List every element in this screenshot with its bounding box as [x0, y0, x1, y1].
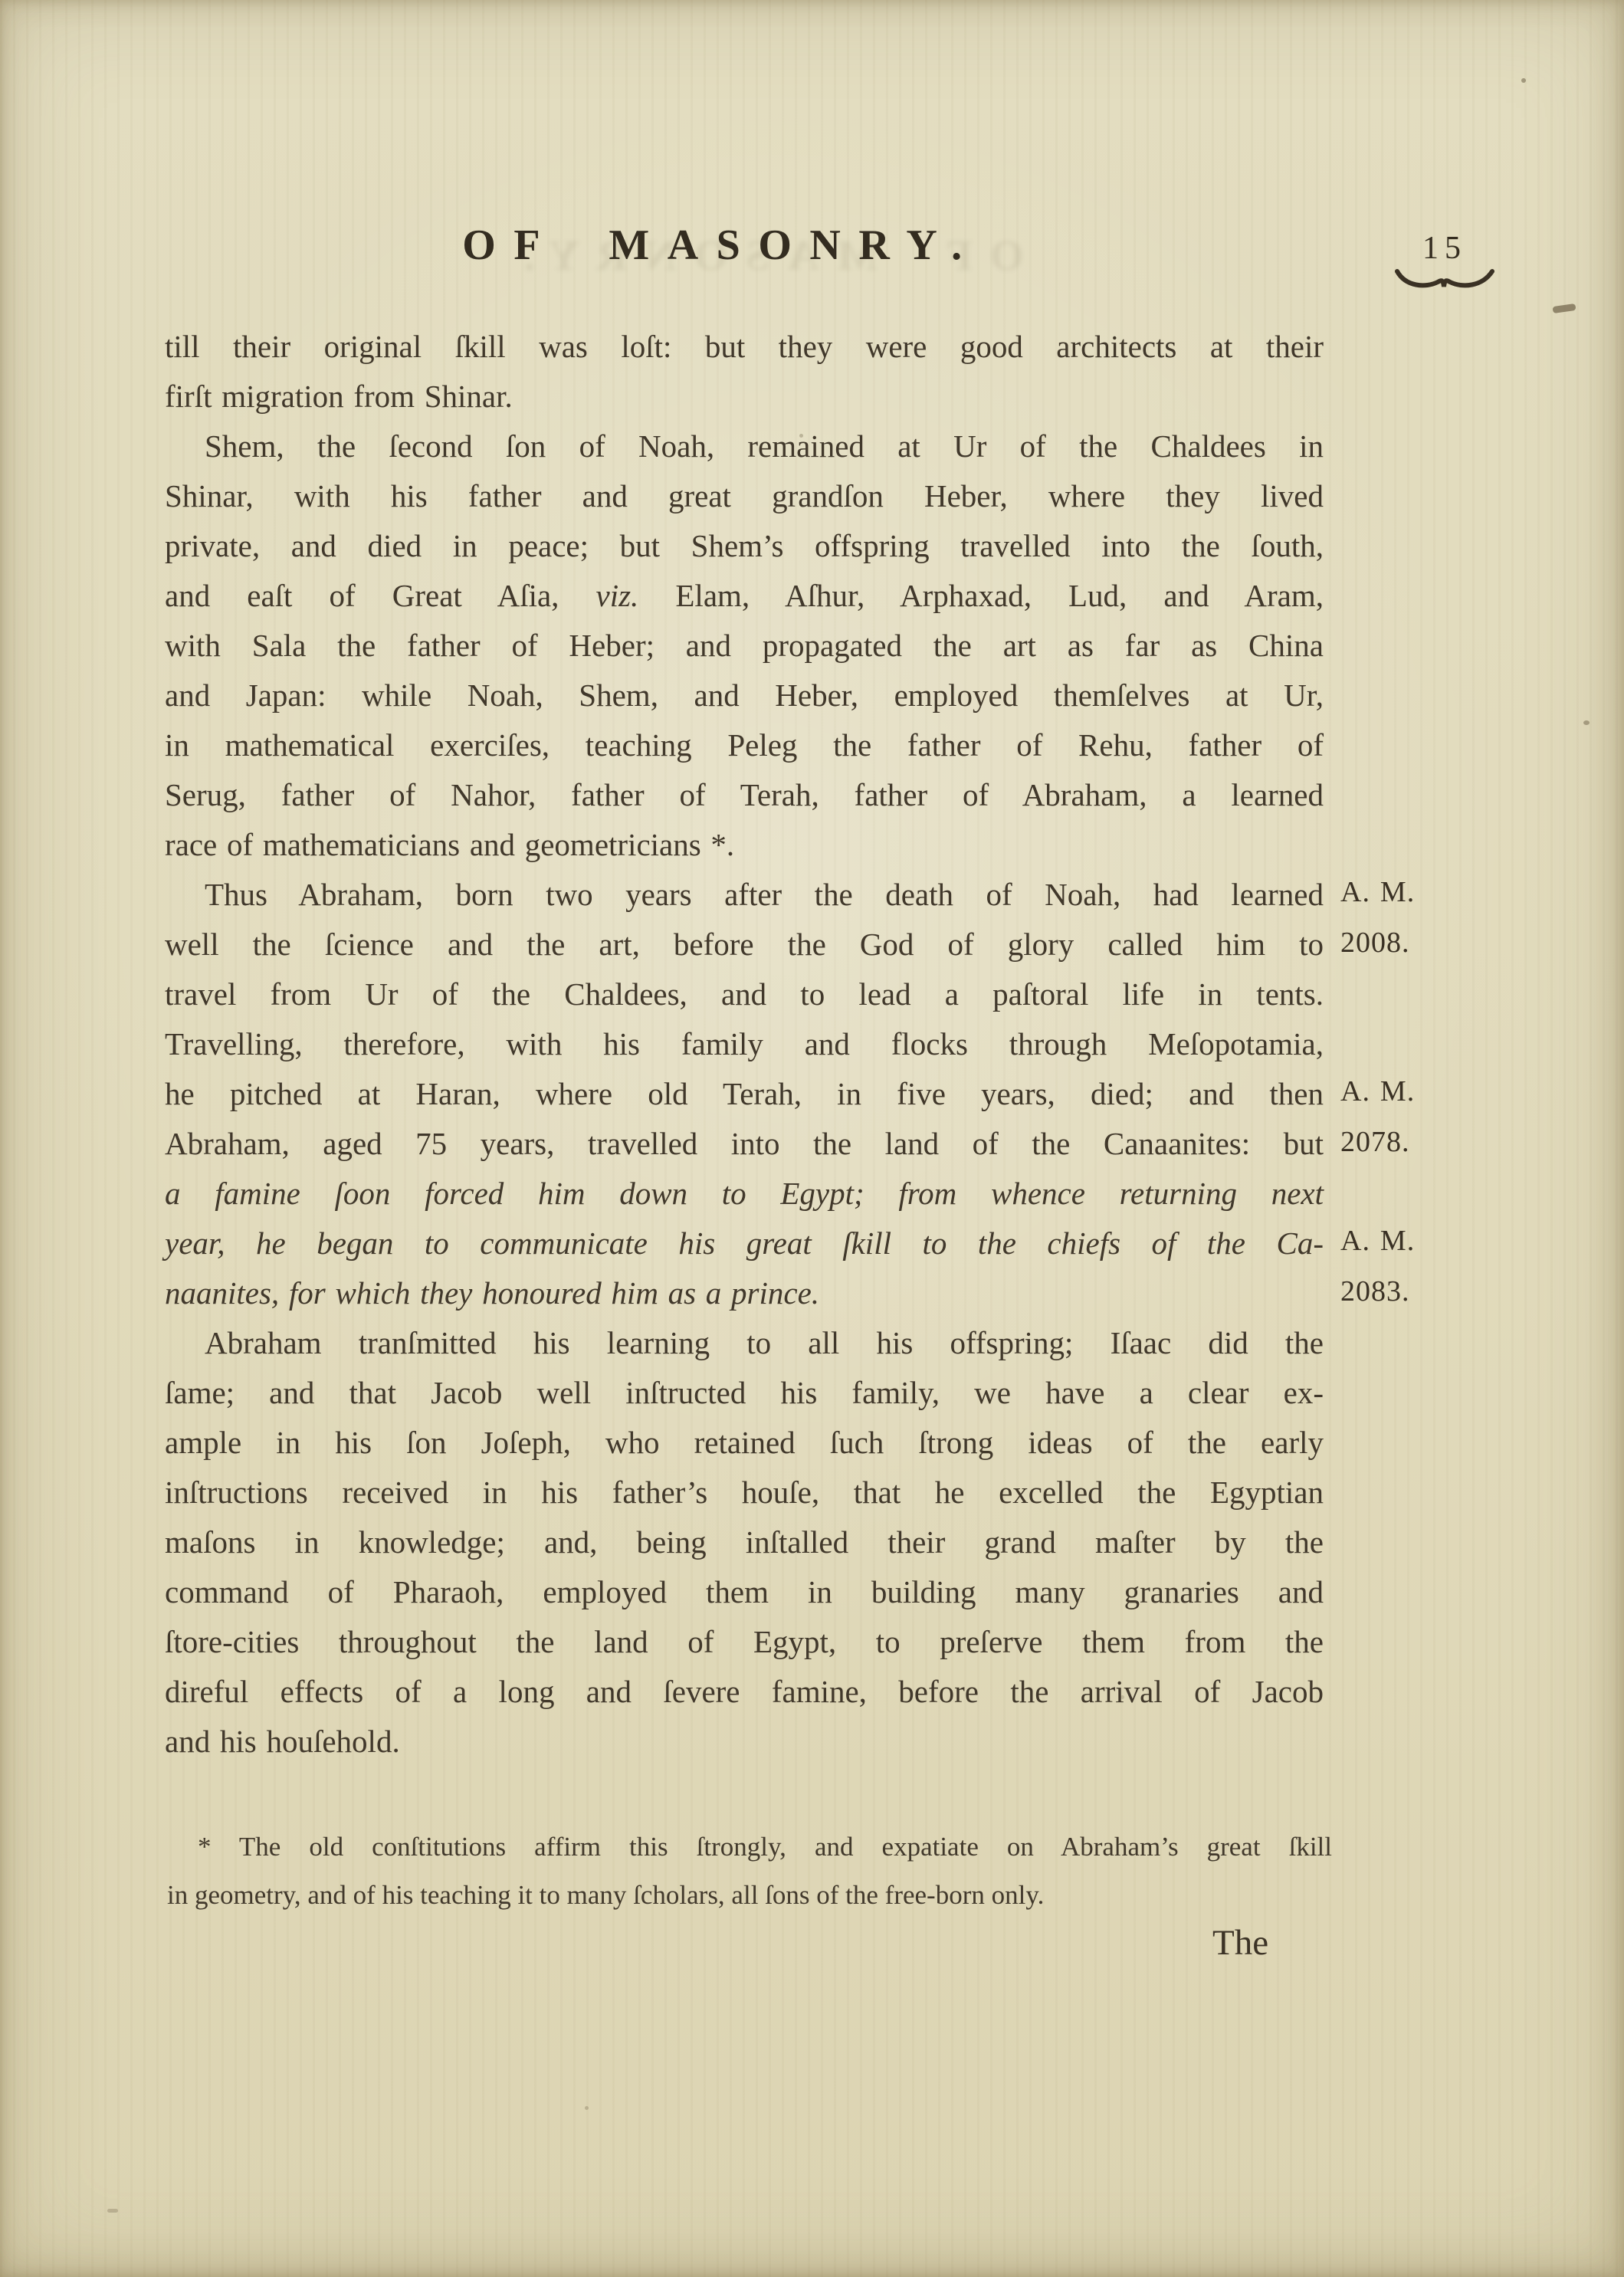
margin-note-line: A. M. [1340, 1216, 1471, 1266]
paper-speck [1521, 78, 1526, 83]
text-line: naanites, for which they honoured him as… [165, 1268, 1324, 1318]
margin-note-anno-mundi: A. M.2078. [1340, 1066, 1471, 1167]
text-line: race of mathematicians and geometricians… [165, 820, 1324, 870]
running-header: OF MASONRY. OF MASONRY. [165, 221, 1324, 270]
text-line: direful effects of a long and ſevere fam… [165, 1667, 1324, 1717]
paper-speck [799, 434, 803, 438]
text-line: ſame; and that Jacob well inſtructed his… [165, 1368, 1324, 1418]
text-line: command of Pharaoh, employed them in bui… [165, 1567, 1324, 1617]
paper-speck [1120, 1695, 1124, 1699]
text-line: Travelling, therefore, with his family a… [165, 1019, 1324, 1069]
text-line: he pitched at Haran, where old Terah, in… [165, 1069, 1324, 1119]
text-line: till their original ſkill was loſt: but … [165, 322, 1324, 372]
page-title: OF MASONRY. [462, 221, 979, 270]
text-line: travel from Ur of the Chaldees, and to l… [165, 970, 1324, 1019]
pagenum-flourish-icon [1395, 268, 1494, 293]
body-text: till their original ſkill was loſt: but … [165, 322, 1324, 1767]
text-line: Abraham tranſmitted his learning to all … [165, 1318, 1324, 1368]
text-line: ſtore-cities throughout the land of Egyp… [165, 1617, 1324, 1667]
paper-speck [349, 1243, 353, 1248]
text-line: and his houſehold. [165, 1717, 1324, 1767]
margin-note-anno-mundi: A. M.2083. [1340, 1216, 1471, 1317]
text-line: well the ſcience and the art, before the… [165, 920, 1324, 970]
text-line: private, and died in peace; but Shem’s o… [165, 521, 1324, 571]
margin-note-line: A. M. [1340, 867, 1471, 917]
paper-speck [107, 2209, 118, 2213]
text-line: Shinar, with his father and great grandſ… [165, 471, 1324, 521]
margin-note-line: A. M. [1340, 1066, 1471, 1117]
text-line: year, he began to communicate his great … [165, 1219, 1324, 1268]
book-page: OF MASONRY. OF MASONRY. 15 till their or… [0, 0, 1624, 2277]
page-number: 15 [1422, 231, 1467, 266]
margin-note-line: 2078. [1340, 1117, 1471, 1167]
text-line: a famine ſoon forced him down to Egypt; … [165, 1169, 1324, 1219]
text-segment: and eaſt of Great Aſia, [165, 578, 596, 613]
text-line: maſons in knowledge; and, being inſtalle… [165, 1517, 1324, 1567]
text-line: in mathematical exerciſes, teaching Pele… [165, 720, 1324, 770]
text-line: ample in his ſon Joſeph, who retained ſu… [165, 1418, 1324, 1468]
page-number-block: 15 [1372, 230, 1517, 293]
text-line: Shem, the ſecond ſon of Noah, remained a… [165, 422, 1324, 471]
paper-speck [1583, 720, 1590, 725]
text-line: and eaſt of Great Aſia, viz. Elam, Aſhur… [165, 571, 1324, 621]
text-line: Thus Abraham, born two years after the d… [165, 870, 1324, 920]
text-line: * The old conſtitutions affirm this ſtro… [167, 1823, 1332, 1871]
paper-speck [1553, 303, 1576, 313]
margin-note-anno-mundi: A. M.2008. [1340, 867, 1471, 968]
text-segment: Elam, Aſhur, Arphaxad, Lud, and Aram, [638, 578, 1324, 613]
text-line: Abraham, aged 75 years, travelled into t… [165, 1119, 1324, 1169]
italic-word: viz. [596, 578, 639, 613]
text-line: in geometry, and of his teaching it to m… [167, 1871, 1332, 1919]
paper-speck [585, 2106, 589, 2110]
text-line: and Japan: while Noah, Shem, and Heber, … [165, 671, 1324, 720]
margin-note-line: 2083. [1340, 1266, 1471, 1317]
footnote: * The old conſtitutions affirm this ſtro… [167, 1823, 1332, 1919]
text-line: with Sala the father of Heber; and propa… [165, 621, 1324, 671]
text-line: firſt migration from Shinar. [165, 372, 1324, 422]
margin-note-line: 2008. [1340, 917, 1471, 968]
text-line: inſtructions received in his father’s ho… [165, 1468, 1324, 1517]
text-line: Serug, father of Nahor, father of Terah,… [165, 770, 1324, 820]
catchword: The [1212, 1922, 1268, 1964]
